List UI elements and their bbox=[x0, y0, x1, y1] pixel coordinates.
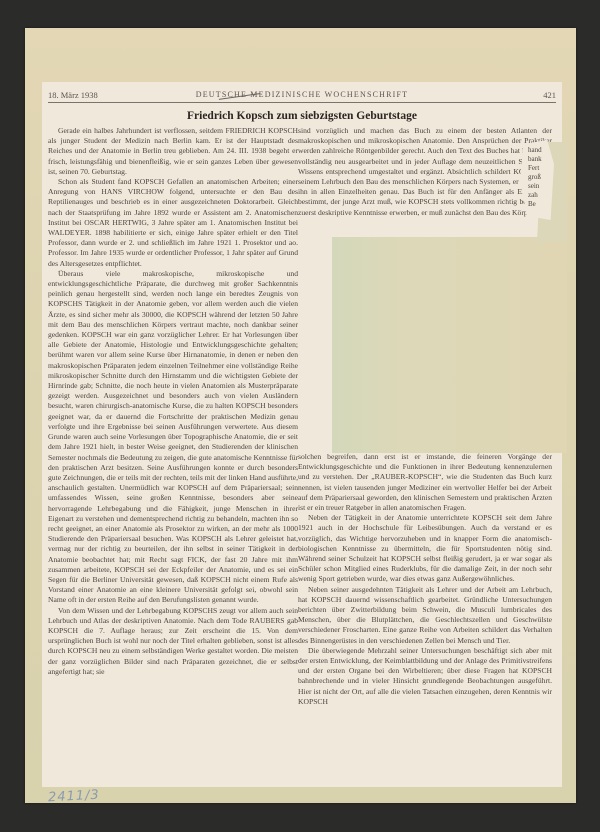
paragraph: Von dem Wissen und der Lehrbegabung KOPS… bbox=[48, 606, 298, 677]
article-title: Friedrich Kopsch zum siebzigsten Geburts… bbox=[42, 110, 562, 122]
paragraph: Die überwiegende Mehrzahl seiner Untersu… bbox=[298, 646, 552, 707]
right-column-top: sind vorzüglich und machen das Buch zu e… bbox=[298, 126, 552, 238]
handwritten-catalog-number: 2411/3 bbox=[48, 788, 100, 806]
newspaper-clipping: 18. März 1938 DEUTSCHE MEDIZINISCHE WOCH… bbox=[42, 82, 562, 787]
page-number: 421 bbox=[543, 90, 556, 100]
paragraph: Schon als Student fand KOPSCH Gefallen a… bbox=[48, 177, 298, 269]
missing-section-patch bbox=[332, 237, 567, 453]
paragraph: Überaus viele makroskopische, mikroskopi… bbox=[48, 269, 298, 606]
left-column: Gerade ein halbes Jahrhundert ist verflo… bbox=[48, 126, 298, 677]
paragraph: Gerade ein halbes Jahrhundert ist verflo… bbox=[48, 126, 298, 177]
paragraph: Neben der Tätigkeit in der Anatomie unte… bbox=[298, 513, 552, 584]
paragraph: Neben seiner ausgedehnten Tätigkeit als … bbox=[298, 585, 552, 646]
right-column-bottom: solchen begreifen, dann erst ist er imst… bbox=[298, 452, 552, 707]
journal-name: DEUTSCHE MEDIZINISCHE WOCHENSCHRIFT bbox=[48, 90, 556, 99]
paragraph: solchen begreifen, dann erst ist er imst… bbox=[298, 452, 552, 513]
page-header: 18. März 1938 DEUTSCHE MEDIZINISCHE WOCH… bbox=[48, 88, 556, 103]
paragraph: sind vorzüglich und machen das Buch zu e… bbox=[298, 126, 552, 218]
